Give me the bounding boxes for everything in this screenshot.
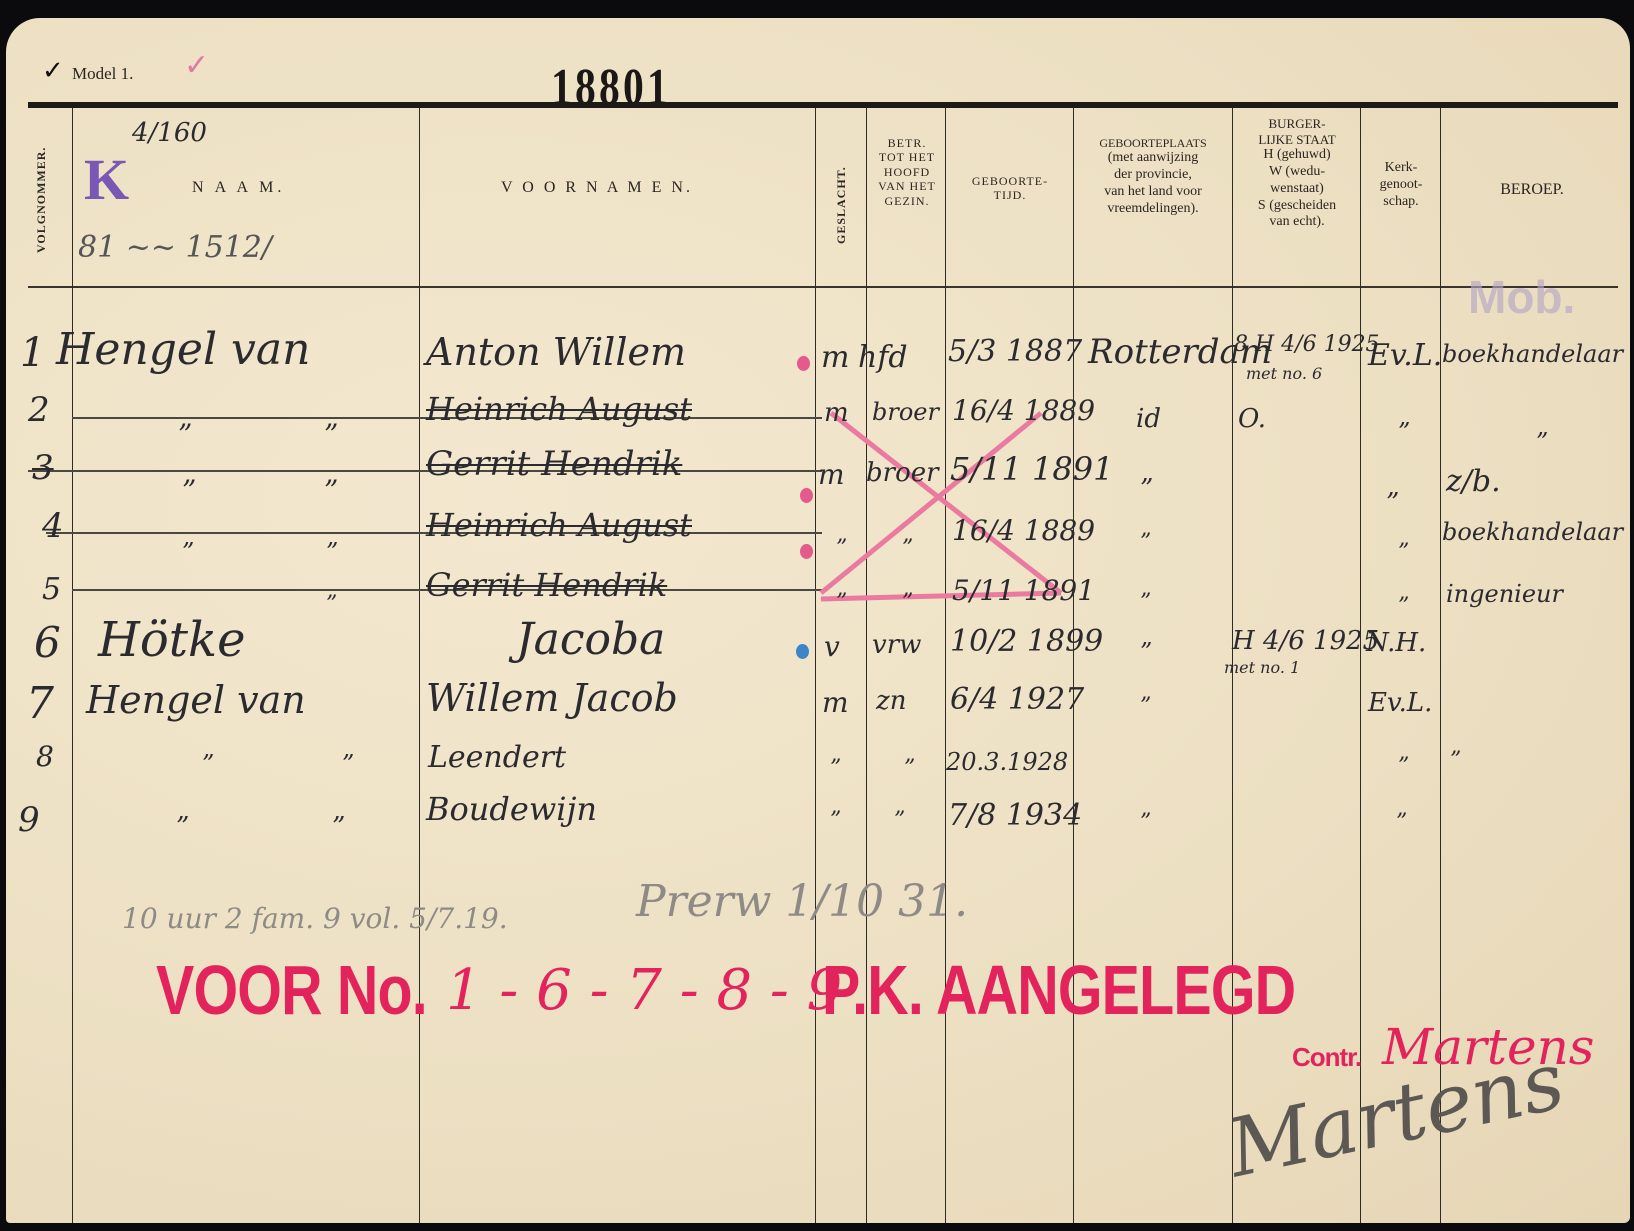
- k-stamp: K: [84, 146, 129, 213]
- row-4-voornamen: Heinrich August: [426, 506, 692, 544]
- row-1-geslacht: m: [821, 340, 849, 375]
- row-8-geboortetijd: 20.3.1928: [946, 748, 1068, 776]
- card-number: 18801: [551, 58, 671, 117]
- row-5-geboortetijd: 5/11 1891: [952, 574, 1095, 607]
- row-1-beroep: boekhandelaar: [1442, 340, 1623, 368]
- row-7-geboorteplaats: ”: [1140, 694, 1151, 719]
- row-6-kerk: N.H.: [1366, 628, 1426, 658]
- row-2-voornamen: Heinrich August: [426, 390, 692, 428]
- pink-dot-icon: [800, 488, 813, 503]
- row-1-kerk: Ev.L.: [1368, 338, 1442, 373]
- row-7-betr: zn: [876, 686, 906, 716]
- row-7-voornamen: Willem Jacob: [426, 676, 678, 720]
- col-divider: [945, 108, 946, 1223]
- pink-dot-icon: [797, 356, 810, 371]
- row-5-nr: 5: [42, 572, 61, 607]
- row-6-nr: 6: [34, 618, 61, 667]
- row-6-bs-note: met no. 1: [1224, 658, 1300, 677]
- header-rule: [28, 286, 1618, 288]
- header-naam: N A A M.: [192, 178, 285, 197]
- row-1-bs-note: met no. 6: [1246, 364, 1322, 383]
- row-1-burgerlijke-staat: 8 H 4/6 1925: [1234, 332, 1380, 357]
- prerw-note: Prerw 1/10 31.: [636, 876, 968, 927]
- header-geslacht: GESLACHT.: [834, 148, 848, 263]
- row-9-geslacht: ”: [830, 808, 841, 833]
- row-6-geboorteplaats: ”: [1140, 638, 1152, 666]
- col-divider: [419, 108, 420, 1223]
- row-3-kerk: ”: [1386, 488, 1399, 518]
- pink-dot-icon: [800, 544, 813, 559]
- row-1-geboortetijd: 5/3 1887: [948, 334, 1082, 369]
- row-8-kerk: ”: [1398, 754, 1409, 779]
- contr-label: Contr.: [1292, 1042, 1361, 1073]
- row-9-nr: 9: [18, 800, 40, 840]
- header-geboortetijd: GEBOORTE- TIJD.: [947, 174, 1073, 203]
- row-3-betr: broer: [866, 458, 939, 488]
- row-5-betr: ”: [902, 590, 913, 615]
- row-4-betr: ”: [902, 536, 913, 561]
- row-9-geboorteplaats: ”: [1140, 810, 1151, 835]
- row-4-naam: ”: [182, 538, 194, 566]
- row-7-nr: 7: [26, 678, 54, 729]
- row-5-naam-ditto: ”: [326, 592, 337, 617]
- row-8-nr: 8: [36, 740, 54, 773]
- row-4-beroep: boekhandelaar: [1442, 518, 1623, 546]
- mob-stamp: Mob.: [1468, 270, 1575, 324]
- row-9-naam: ”: [176, 812, 189, 842]
- row-9-betr: ”: [894, 808, 905, 833]
- row-3-nr: 3: [32, 448, 54, 488]
- row-9-voornamen: Boudewijn: [426, 790, 597, 828]
- row-6-burgerlijke-staat: H 4/6 1925: [1232, 626, 1379, 656]
- row-5-geboorteplaats: ”: [1140, 590, 1151, 615]
- row-6-geboortetijd: 10/2 1899: [950, 624, 1103, 659]
- col-divider: [1073, 108, 1074, 1223]
- row-2-geslacht: m: [824, 398, 849, 428]
- col-divider: [815, 108, 816, 1223]
- registration-card: ✓ Model 1. ✓ 18801 VOLGNOMMER. K 4/160 N…: [6, 18, 1630, 1223]
- row-8-geslacht: ”: [830, 756, 841, 781]
- stamp-pk-aangelegd: P.K. AANGELEGD: [822, 950, 1295, 1030]
- model-label: Model 1.: [72, 64, 133, 84]
- row-5-geslacht: ”: [836, 590, 847, 615]
- row-4-naam-ditto: ”: [326, 538, 338, 566]
- row-1-betr: hfd: [858, 340, 908, 375]
- row-4-geboorteplaats: ”: [1140, 530, 1151, 555]
- row-9-kerk: ”: [1396, 810, 1407, 835]
- row-6-voornamen: Jacoba: [516, 614, 665, 665]
- row-8-naam-ditto: ”: [342, 750, 354, 778]
- row-3-voornamen: Gerrit Hendrik: [426, 444, 682, 484]
- row-2-geboorteplaats: id: [1136, 404, 1161, 434]
- row-2-geboortetijd: 16/4 1889: [952, 394, 1095, 427]
- row-7-naam: Hengel van: [86, 678, 306, 722]
- naam-annotation: 81 ~~ 1512/: [78, 230, 272, 265]
- row-4-geboortetijd: 16/4 1889: [952, 514, 1095, 547]
- header-geboorteplaats: GEBOORTEPLAATS (met aanwijzing der provi…: [1074, 136, 1232, 218]
- row-3-naam: ”: [182, 474, 196, 507]
- strike-line-row-3: [28, 470, 822, 472]
- row-8-naam: ”: [202, 750, 214, 778]
- row-3-geboorteplaats: ”: [1140, 474, 1153, 504]
- row-5-beroep: ingenieur: [1446, 580, 1563, 608]
- row-3-naam-ditto: ”: [324, 474, 338, 507]
- row-2-naam: ”: [178, 418, 192, 451]
- row-7-kerk: Ev.L.: [1368, 688, 1432, 718]
- row-8-betr: ”: [904, 756, 915, 781]
- row-1-nr: 1: [20, 330, 45, 376]
- header-volgnommer: VOLGNOMMER.: [34, 130, 48, 270]
- row-7-geslacht: m: [822, 686, 849, 719]
- row-8-voornamen: Leendert: [428, 740, 566, 775]
- row-4-kerk: ”: [1398, 540, 1409, 565]
- row-5-voornamen: Gerrit Hendrik: [426, 566, 667, 604]
- row-8-beroep: ”: [1450, 748, 1461, 773]
- row-6-betr: vrw: [872, 630, 921, 660]
- row-2-betr: broer: [872, 398, 939, 426]
- blue-dot-icon: [796, 644, 809, 659]
- row-5-kerk: ”: [1398, 594, 1409, 619]
- col-divider: [866, 108, 867, 1223]
- row-3-geboortetijd: 5/11 1891: [950, 450, 1113, 488]
- header-kerkgenootschap: Kerk- genoot- schap.: [1361, 160, 1441, 210]
- col-divider: [72, 108, 73, 1223]
- row-4-nr: 4: [42, 506, 64, 546]
- row-9-geboortetijd: 7/8 1934: [948, 798, 1082, 833]
- pencil-note: 10 uur 2 fam. 9 vol. 5/7.19.: [122, 902, 508, 935]
- row-2-burgerlijke-staat: O.: [1238, 404, 1266, 434]
- row-1-naam: Hengel van: [56, 324, 310, 375]
- top-rule: [28, 102, 1618, 108]
- row-4-geslacht: ”: [836, 536, 847, 561]
- check-mark-pink-icon: ✓: [184, 48, 209, 83]
- row-2-naam-ditto: ”: [324, 418, 338, 451]
- row-3-geslacht: m: [818, 458, 845, 491]
- stamp-voor-numbers: 1 - 6 - 7 - 8 - 9: [446, 958, 842, 1023]
- check-mark-black-icon: ✓: [42, 56, 64, 86]
- row-9-naam-ditto: ”: [332, 812, 345, 842]
- row-1-voornamen: Anton Willem: [426, 330, 686, 374]
- stamp-voor-no: VOOR No.: [156, 950, 427, 1030]
- header-burgerlijke-staat: BURGER- LIJKE STAAT H (gehuwd) W (wedu- …: [1233, 116, 1361, 231]
- row-6-geslacht: v: [824, 630, 840, 663]
- row-2-nr: 2: [28, 390, 50, 430]
- header-beroep: BEROEP.: [1442, 180, 1622, 199]
- row-7-geboortetijd: 6/4 1927: [950, 682, 1084, 717]
- row-2-beroep: ”: [1536, 428, 1548, 456]
- k-annotation: 4/160: [132, 118, 207, 148]
- row-2-kerk: ”: [1398, 418, 1410, 446]
- row-3-beroep: z/b.: [1446, 464, 1501, 499]
- row-6-naam: Hötke: [98, 612, 246, 668]
- header-voornamen: V O O R N A M E N.: [501, 178, 693, 197]
- header-betr: BETR. TOT HET HOOFD VAN HET GEZIN.: [868, 136, 946, 208]
